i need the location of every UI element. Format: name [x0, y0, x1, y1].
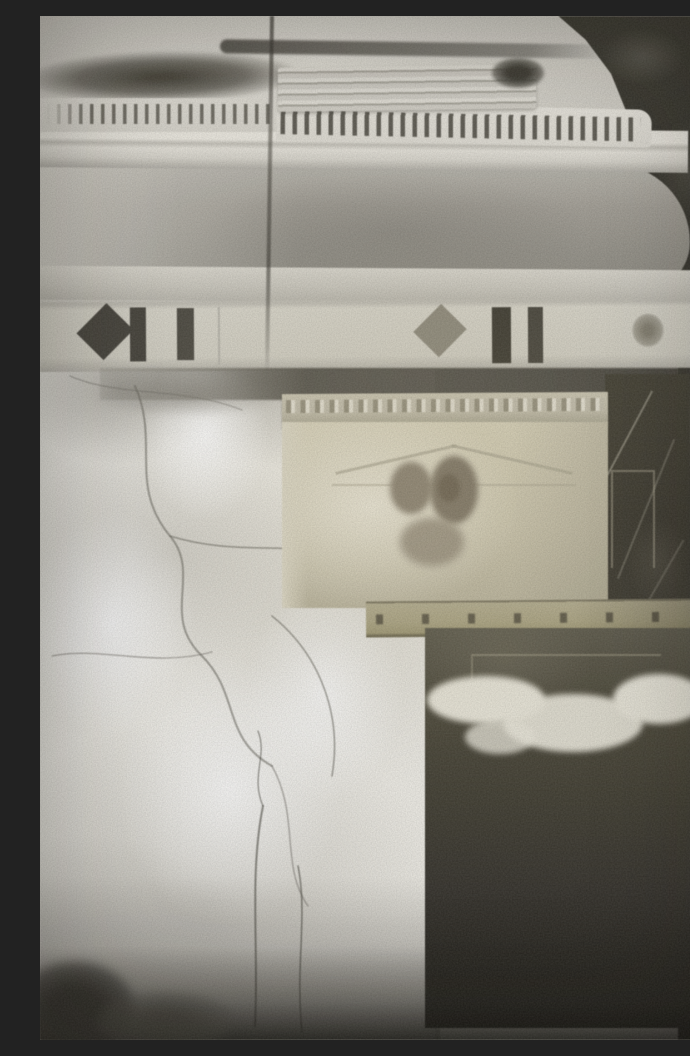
film-grain-light: [40, 16, 690, 1040]
wall-photograph: [40, 16, 690, 1040]
